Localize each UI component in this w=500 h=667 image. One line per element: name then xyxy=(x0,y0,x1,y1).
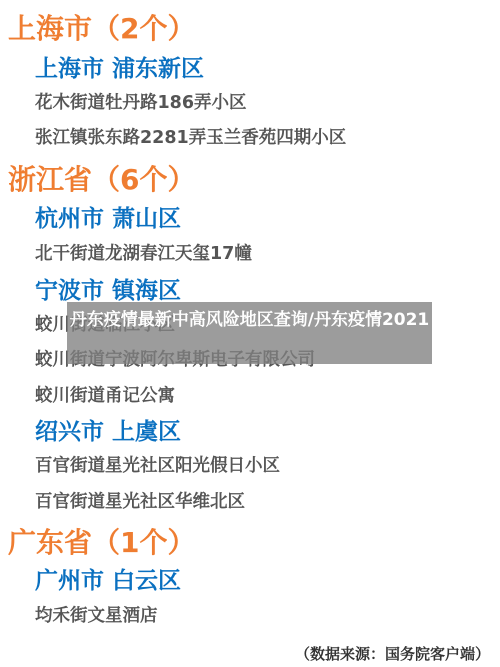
area-item: 百官街道星光社区华维北区 xyxy=(35,494,245,512)
province-heading-shanghai: 上海市（2个） xyxy=(8,15,195,43)
area-item: 蛟川街道甬记公寓 xyxy=(35,388,175,406)
area-item: 花木街道牡丹路186弄小区 xyxy=(35,95,247,113)
title-overlay-banner: 丹东疫情最新中高风险地区查询/丹东疫情2021 xyxy=(67,302,432,364)
area-item: 北干街道龙湖春江天玺17幢 xyxy=(35,246,252,264)
province-heading-zhejiang: 浙江省（6个） xyxy=(8,166,195,194)
city-heading-hangzhou-xiaoshan: 杭州市 萧山区 xyxy=(35,208,181,231)
area-item: 均禾街文星酒店 xyxy=(35,608,158,626)
area-item: 百官街道星光社区阳光假日小区 xyxy=(35,458,280,476)
overlay-title: 丹东疫情最新中高风险地区查询/丹东疫情2021 xyxy=(70,310,430,330)
area-item: 张江镇张东路2281弄玉兰香苑四期小区 xyxy=(35,130,346,148)
city-heading-shaoxing-shangyu: 绍兴市 上虞区 xyxy=(35,421,181,444)
data-source-note: （数据来源：国务院客户端） xyxy=(295,647,490,662)
city-heading-guangzhou-baiyun: 广州市 白云区 xyxy=(35,570,181,593)
province-heading-guangdong: 广东省（1个） xyxy=(8,529,195,557)
city-heading-ningbo-zhenhai: 宁波市 镇海区 xyxy=(35,280,181,303)
city-heading-shanghai-pudong: 上海市 浦东新区 xyxy=(35,58,204,81)
